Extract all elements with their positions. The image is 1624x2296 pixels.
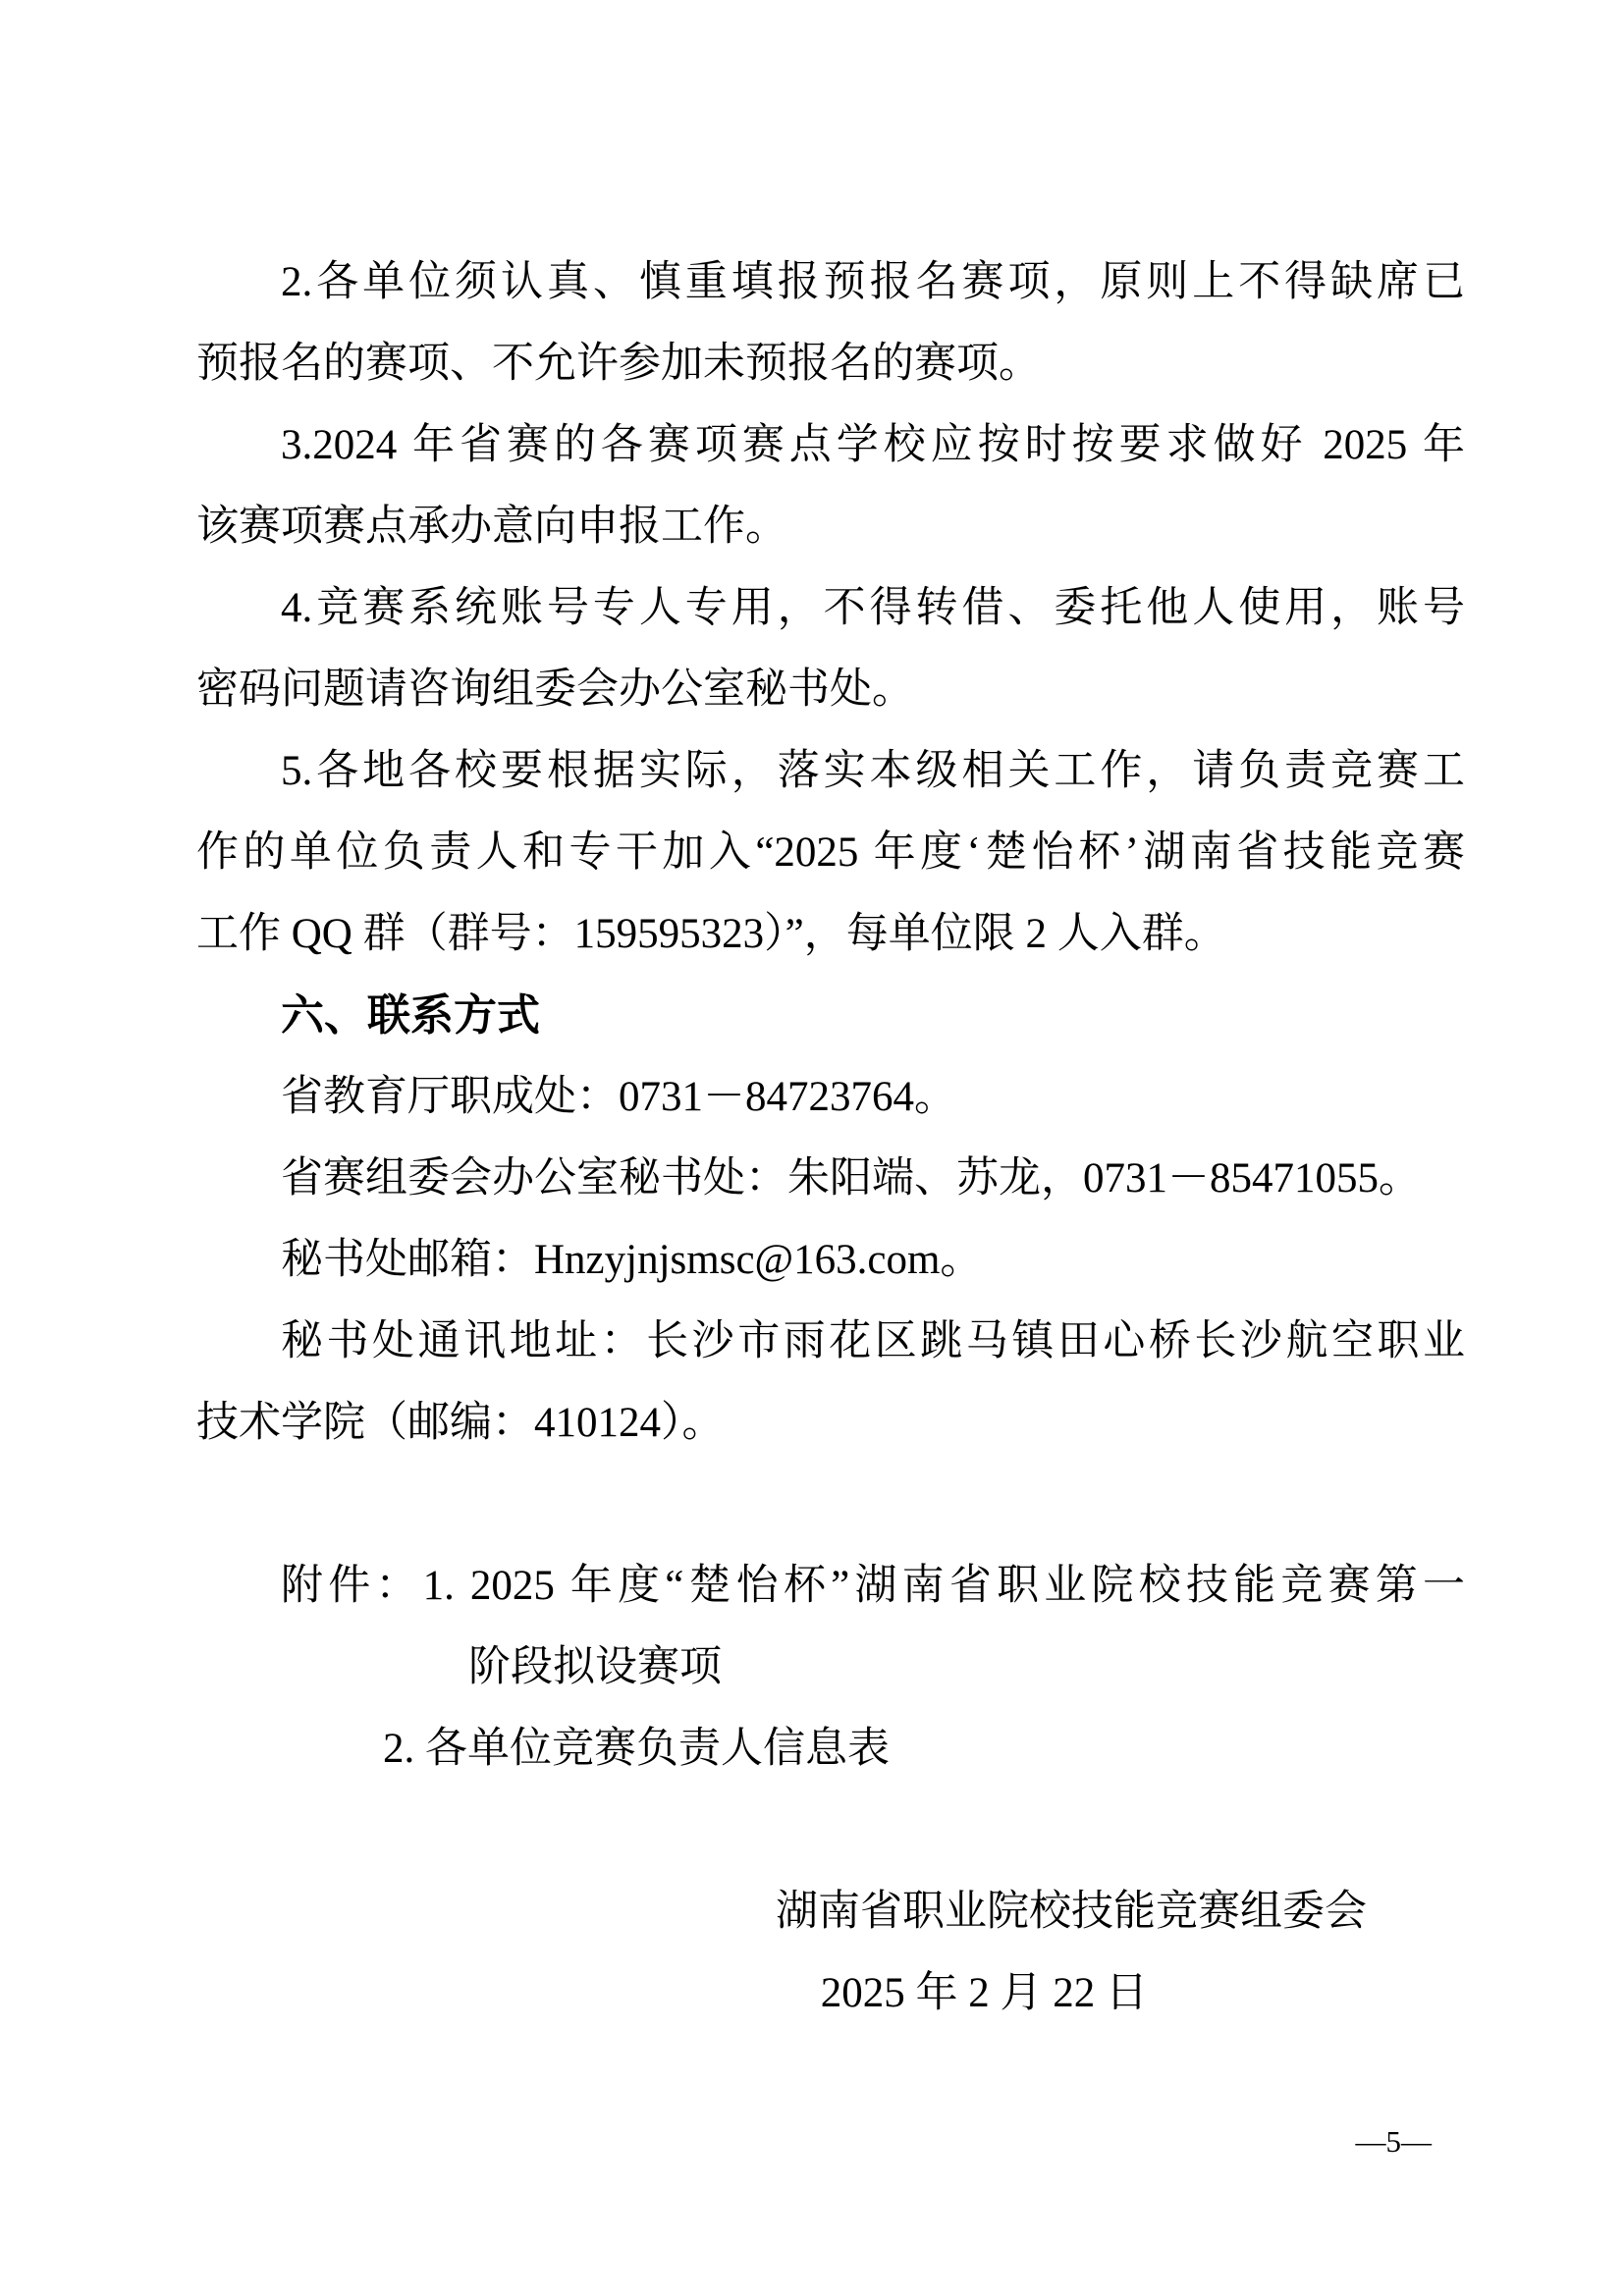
para3-line1: 3.2024 年省赛的各赛项赛点学校应按时按要求做好 2025 年 [196, 404, 1465, 486]
contact-education-dept: 省教育厅职成处：0731－84723764。 [196, 1056, 1465, 1138]
signature-date: 2025 年 2 月 22 日 [196, 1952, 1465, 2034]
contact-secretariat: 省赛组委会办公室秘书处：朱阳端、苏龙，0731－85471055。 [196, 1138, 1465, 1219]
contact-email: 秘书处邮箱：Hnzyjnjsmsc@163.com。 [196, 1219, 1465, 1301]
attachment-line2: 2. 各单位竞赛负责人信息表 [196, 1708, 1465, 1789]
para5-line3: 工作 QQ 群（群号：159595323）”，每单位限 2 人入群。 [196, 893, 1465, 975]
attachment-line1-cont: 阶段拟设赛项 [196, 1627, 1465, 1708]
signature-committee: 湖南省职业院校技能竞赛组委会 [196, 1871, 1465, 1952]
blank-line [196, 1789, 1465, 1871]
document-body: 2.各单位须认真、慎重填报预报名赛项，原则上不得缺席已预报名的赛项、不允许参加未… [196, 241, 1465, 2034]
para2-line2: 预报名的赛项、不允许参加未预报名的赛项。 [196, 323, 1465, 404]
attachment-line1: 附件：1. 2025 年度“楚怡杯”湖南省职业院校技能竞赛第一 [196, 1545, 1465, 1627]
blank-line [196, 1464, 1465, 1545]
para2-line1: 2.各单位须认真、慎重填报预报名赛项，原则上不得缺席已 [196, 241, 1465, 323]
document-page: 2.各单位须认真、慎重填报预报名赛项，原则上不得缺席已预报名的赛项、不允许参加未… [0, 0, 1624, 2296]
contact-address-line2: 技术学院（邮编：410124）。 [196, 1382, 1465, 1464]
contact-address-line1: 秘书处通讯地址：长沙市雨花区跳马镇田心桥长沙航空职业 [196, 1301, 1465, 1382]
section-heading-contact: 六、联系方式 [196, 975, 1465, 1056]
page-number: —5— [1356, 2120, 1433, 2163]
para3-line2: 该赛项赛点承办意向申报工作。 [196, 486, 1465, 567]
para5-line2: 作的单位负责人和专干加入“2025 年度‘楚怡杯’湖南省技能竞赛 [196, 812, 1465, 893]
para5-line1: 5.各地各校要根据实际，落实本级相关工作，请负责竞赛工 [196, 730, 1465, 812]
para4-line2: 密码问题请咨询组委会办公室秘书处。 [196, 649, 1465, 730]
para4-line1: 4.竞赛系统账号专人专用，不得转借、委托他人使用，账号 [196, 567, 1465, 649]
